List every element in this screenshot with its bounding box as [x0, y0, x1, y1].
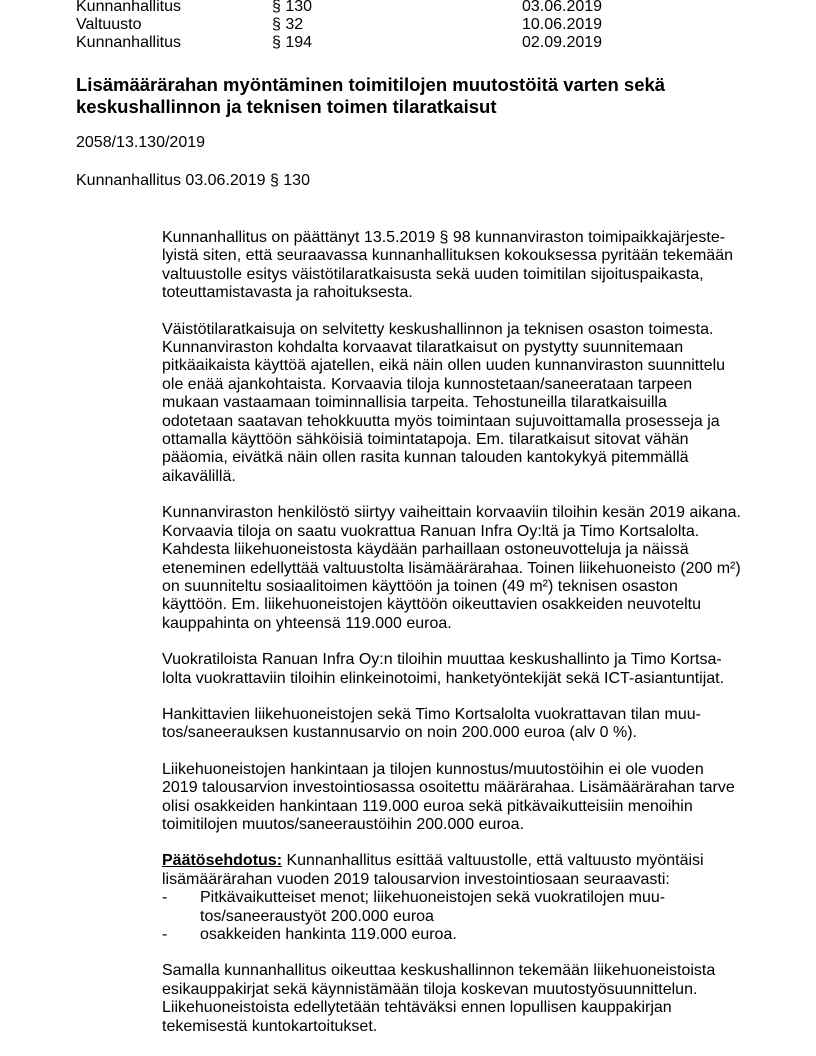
- dash-bullet-icon: -: [162, 926, 167, 944]
- list-item: -Pitkävaikutteiset menot; liikehuoneisto…: [162, 889, 742, 926]
- history-row: Kunnanhallitus § 194 02.09.2019: [76, 36, 636, 54]
- list-item: -osakkeiden hankinta 119.000 euroa.: [162, 926, 742, 944]
- paragraph: Kunnanviraston henkilöstö siirtyy vaihei…: [162, 504, 742, 633]
- history-body: Kunnanhallitus: [76, 34, 181, 52]
- history-section: § 194: [272, 34, 312, 52]
- paragraph: Liikehuoneistojen hankintaan ja tilojen …: [162, 761, 742, 835]
- history-section: § 32: [272, 16, 303, 34]
- history-date: 02.09.2019: [522, 34, 602, 52]
- history-date: 03.06.2019: [522, 0, 602, 16]
- closing-paragraph: Samalla kunnanhallitus oikeuttaa keskush…: [162, 962, 742, 1036]
- case-number: 2058/13.130/2019: [76, 134, 205, 152]
- history-body: Kunnanhallitus: [76, 0, 181, 16]
- dash-bullet-icon: -: [162, 889, 167, 907]
- proposal-label: Päätösehdotus:: [162, 852, 282, 869]
- history-body: Valtuusto: [76, 16, 142, 34]
- title-line-2: keskushallinnon ja teknisen toimen tilar…: [76, 96, 497, 117]
- meeting-reference: Kunnanhallitus 03.06.2019 § 130: [76, 172, 310, 190]
- document-title: Lisämäärärahan myöntäminen toimitilojen …: [76, 74, 716, 117]
- paragraph: Kunnanhallitus on päättänyt 13.5.2019 § …: [162, 229, 742, 303]
- title-line-1: Lisämäärärahan myöntäminen toimitilojen …: [76, 74, 665, 95]
- proposal-list: -Pitkävaikutteiset menot; liikehuoneisto…: [162, 889, 742, 944]
- decision-proposal: Päätösehdotus: Kunnanhallitus esittää va…: [162, 852, 742, 944]
- handling-history: Kunnanhallitus § 130 03.06.2019 Valtuust…: [76, 0, 636, 54]
- history-section: § 130: [272, 0, 312, 16]
- history-date: 10.06.2019: [522, 16, 602, 34]
- paragraph: Väistötilaratkaisuja on selvitetty kesku…: [162, 321, 742, 487]
- paragraph: Vuokratiloista Ranuan Infra Oy:n tiloihi…: [162, 651, 742, 688]
- paragraph: Hankittavien liikehuoneistojen sekä Timo…: [162, 706, 742, 743]
- document-body: Kunnanhallitus on päättänyt 13.5.2019 § …: [162, 229, 742, 1054]
